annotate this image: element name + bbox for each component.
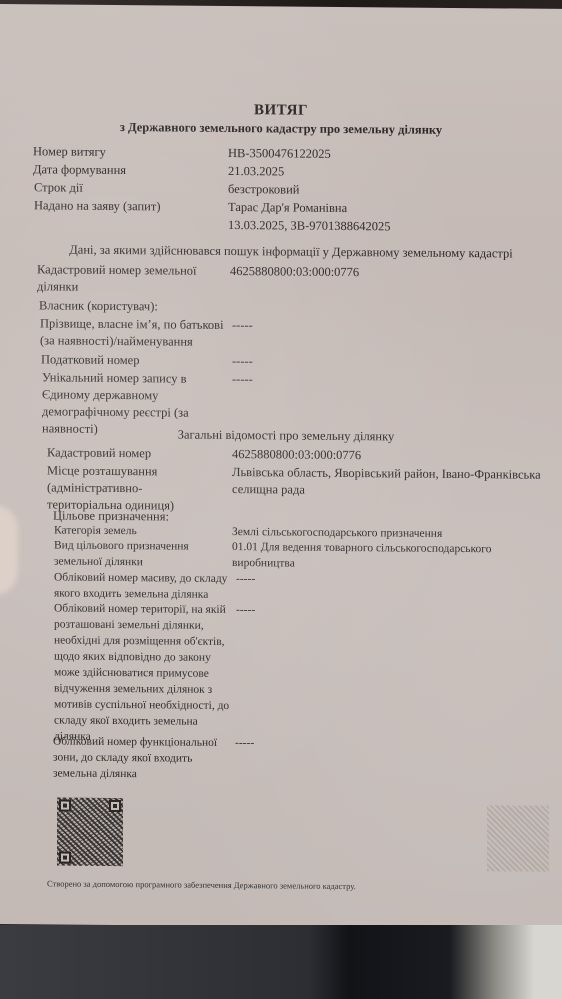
document-title: ВИТЯГ (0, 100, 562, 122)
qr-finder-icon (59, 852, 71, 864)
general-section-heading: Загальні відомості про земельну ділянку (0, 426, 562, 446)
finger-holding-page (0, 505, 18, 595)
qr-finder-icon (109, 800, 121, 812)
document-page: ВИТЯГ з Державного земельного кадастру п… (0, 4, 562, 929)
qr-code-icon (57, 797, 123, 866)
qr-finder-icon (59, 800, 71, 812)
photo-background-bottom (0, 925, 562, 999)
show-through-qr (487, 805, 549, 872)
search-section-heading: Дані, за якими здійснювався пошук інформ… (0, 242, 562, 262)
document-subtitle: з Державного земельного кадастру про зем… (0, 119, 562, 139)
footer-note: Створено за допомогою програмного забезп… (47, 878, 356, 891)
